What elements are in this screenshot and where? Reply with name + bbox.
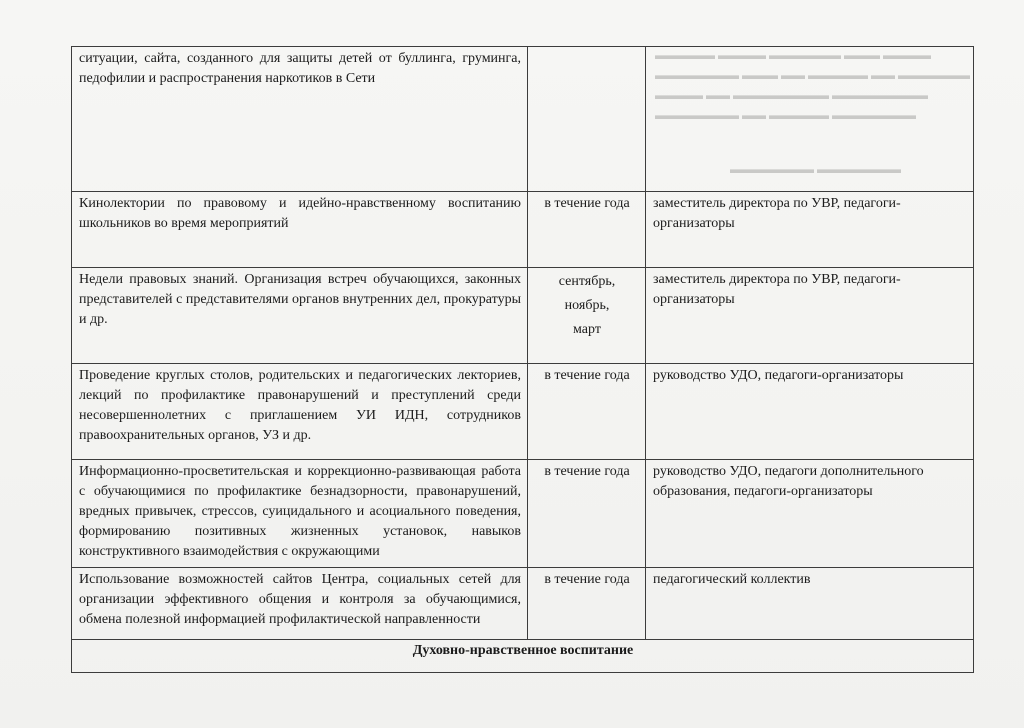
- scanned-page: ▬▬▬▬▬ ▬▬▬▬ ▬▬▬▬▬▬ ▬▬▬ ▬▬▬▬ ▬▬▬▬▬▬▬ ▬▬▬ ▬…: [0, 0, 1024, 728]
- activity-cell: Недели правовых знаний. Организация встр…: [72, 268, 528, 364]
- section-header-row: Духовно-нравственное воспитание: [72, 640, 974, 673]
- activity-text: ситуации, сайта, созданного для защиты д…: [79, 51, 521, 86]
- activity-cell: Информационно-просветительская и коррекц…: [72, 460, 528, 568]
- responsible-text: руководство УДО, педагоги дополнительног…: [653, 464, 924, 499]
- responsible-cell: заместитель директора по УВР, педагоги-о…: [646, 268, 974, 364]
- activity-cell: Кинолектории по правовому и идейно-нравс…: [72, 192, 528, 268]
- responsible-cell: руководство УДО, педагоги дополнительног…: [646, 460, 974, 568]
- responsible-text: заместитель директора по УВР, педагоги-о…: [653, 272, 901, 307]
- timing-cell: в течение года: [528, 364, 646, 460]
- activity-text: Информационно-просветительская и коррекц…: [79, 464, 521, 559]
- activity-cell: Использование возможностей сайтов Центра…: [72, 568, 528, 640]
- activity-text: Кинолектории по правовому и идейно-нравс…: [79, 196, 521, 231]
- table-row: Информационно-просветительская и коррекц…: [72, 460, 974, 568]
- timing-cell: [528, 47, 646, 192]
- timing-cell: сентябрь, ноябрь, март: [528, 268, 646, 364]
- timing-text: в течение года: [544, 572, 629, 587]
- timing-text: в течение года: [544, 196, 629, 211]
- activity-text: Недели правовых знаний. Организация встр…: [79, 272, 521, 327]
- responsible-cell: заместитель директора по УВР, педагоги-о…: [646, 192, 974, 268]
- table-row: Проведение круглых столов, родительских …: [72, 364, 974, 460]
- timing-text: в течение года: [544, 368, 629, 383]
- timing-line: март: [535, 318, 639, 342]
- table-row: Недели правовых знаний. Организация встр…: [72, 268, 974, 364]
- responsible-text: педагогический коллектив: [653, 572, 811, 587]
- timing-cell: в течение года: [528, 192, 646, 268]
- table-row: Использование возможностей сайтов Центра…: [72, 568, 974, 640]
- table-row: Кинолектории по правовому и идейно-нравс…: [72, 192, 974, 268]
- section-header: Духовно-нравственное воспитание: [72, 640, 974, 673]
- timing-text: в течение года: [544, 464, 629, 479]
- timing-cell: в течение года: [528, 460, 646, 568]
- responsible-text: заместитель директора по УВР, педагоги-о…: [653, 196, 901, 231]
- timing-line: ноябрь,: [535, 294, 639, 318]
- timing-line: сентябрь,: [535, 270, 639, 294]
- table-row: ситуации, сайта, созданного для защиты д…: [72, 47, 974, 192]
- activity-cell: Проведение круглых столов, родительских …: [72, 364, 528, 460]
- activity-text: Использование возможностей сайтов Центра…: [79, 572, 521, 627]
- responsible-cell: педагогический коллектив: [646, 568, 974, 640]
- responsible-cell: [646, 47, 974, 192]
- activity-text: Проведение круглых столов, родительских …: [79, 368, 521, 443]
- activity-plan-table: ситуации, сайта, созданного для защиты д…: [71, 46, 974, 673]
- timing-cell: в течение года: [528, 568, 646, 640]
- responsible-cell: руководство УДО, педагоги-организаторы: [646, 364, 974, 460]
- activity-cell: ситуации, сайта, созданного для защиты д…: [72, 47, 528, 192]
- responsible-text: руководство УДО, педагоги-организаторы: [653, 368, 903, 383]
